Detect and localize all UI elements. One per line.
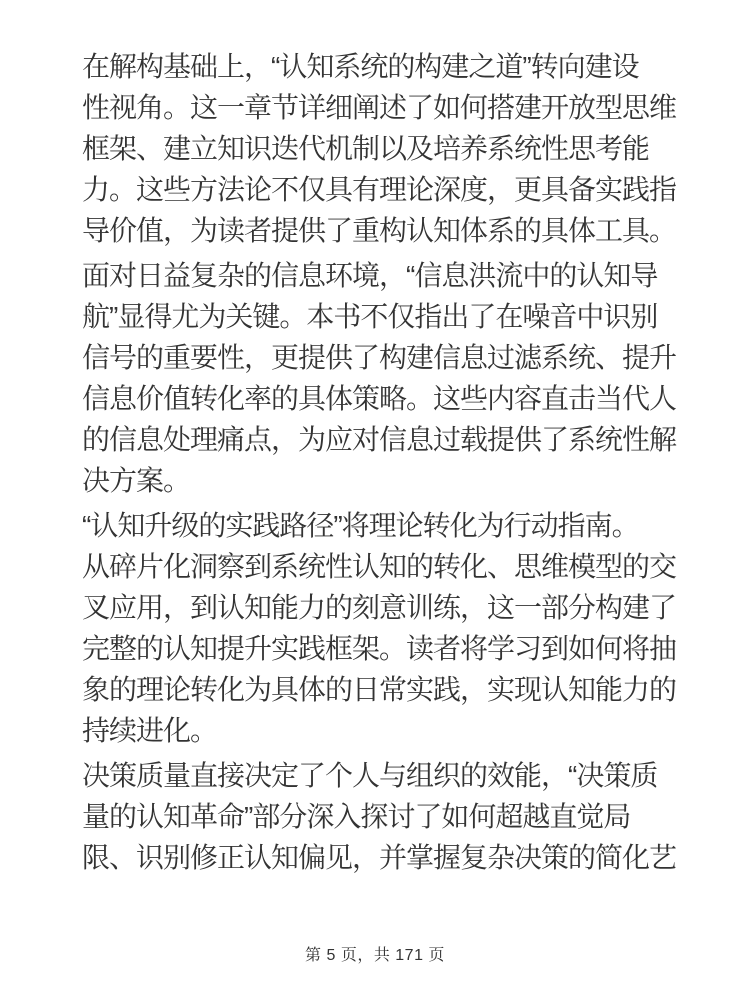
paragraph-4: 决策质量直接决定了个人与组织的效能，“决策质 量的认知革命”部分深入探讨了如何超… [82, 755, 696, 878]
text-line: 决方案。 [82, 460, 696, 501]
page-indicator: 第 5 页，共 171 页 [305, 947, 445, 964]
text-line: 面对日益复杂的信息环境，“信息洪流中的认知导 [82, 255, 696, 296]
text-line: 完整的认知提升实践框架。读者将学习到如何将抽 [82, 628, 696, 669]
text-line: 的信息处理痛点，为应对信息过载提供了系统性解 [82, 419, 696, 460]
text-line: 象的理论转化为具体的日常实践，实现认知能力的 [82, 669, 696, 710]
text-line: 性视角。这一章节详细阐述了如何搭建开放型思维 [82, 87, 696, 128]
text-line: 框架、建立知识迭代机制以及培养系统性思考能 [82, 128, 696, 169]
text-line: 导价值，为读者提供了重构认知体系的具体工具。 [82, 210, 696, 251]
text-line: 从碎片化洞察到系统性认知的转化、思维模型的交 [82, 546, 696, 587]
page-footer: 第 5 页，共 171 页 [0, 946, 750, 966]
document-page: 在解构基础上，“认知系统的构建之道”转向建设 性视角。这一章节详细阐述了如何搭建… [0, 0, 750, 1000]
paragraph-1: 在解构基础上，“认知系统的构建之道”转向建设 性视角。这一章节详细阐述了如何搭建… [82, 46, 696, 251]
text-line: 力。这些方法论不仅具有理论深度，更具备实践指 [82, 169, 696, 210]
text-line: 航”显得尤为关键。本书不仅指出了在噪音中识别 [82, 296, 696, 337]
text-line: 叉应用，到认知能力的刻意训练，这一部分构建了 [82, 587, 696, 628]
paragraph-3: “认知升级的实践路径”将理论转化为行动指南。 从碎片化洞察到系统性认知的转化、思… [82, 505, 696, 751]
text-line: 量的认知革命”部分深入探讨了如何超越直觉局 [82, 796, 696, 837]
text-line: 信号的重要性，更提供了构建信息过滤系统、提升 [82, 337, 696, 378]
text-line: 持续进化。 [82, 710, 696, 751]
text-line: 在解构基础上，“认知系统的构建之道”转向建设 [82, 46, 696, 87]
text-line: 决策质量直接决定了个人与组织的效能，“决策质 [82, 755, 696, 796]
body-text: 在解构基础上，“认知系统的构建之道”转向建设 性视角。这一章节详细阐述了如何搭建… [82, 46, 696, 882]
text-line: 信息价值转化率的具体策略。这些内容直击当代人 [82, 378, 696, 419]
paragraph-2: 面对日益复杂的信息环境，“信息洪流中的认知导 航”显得尤为关键。本书不仅指出了在… [82, 255, 696, 501]
text-line: “认知升级的实践路径”将理论转化为行动指南。 [82, 505, 696, 546]
text-line: 限、识别修正认知偏见，并掌握复杂决策的简化艺 [82, 837, 696, 878]
